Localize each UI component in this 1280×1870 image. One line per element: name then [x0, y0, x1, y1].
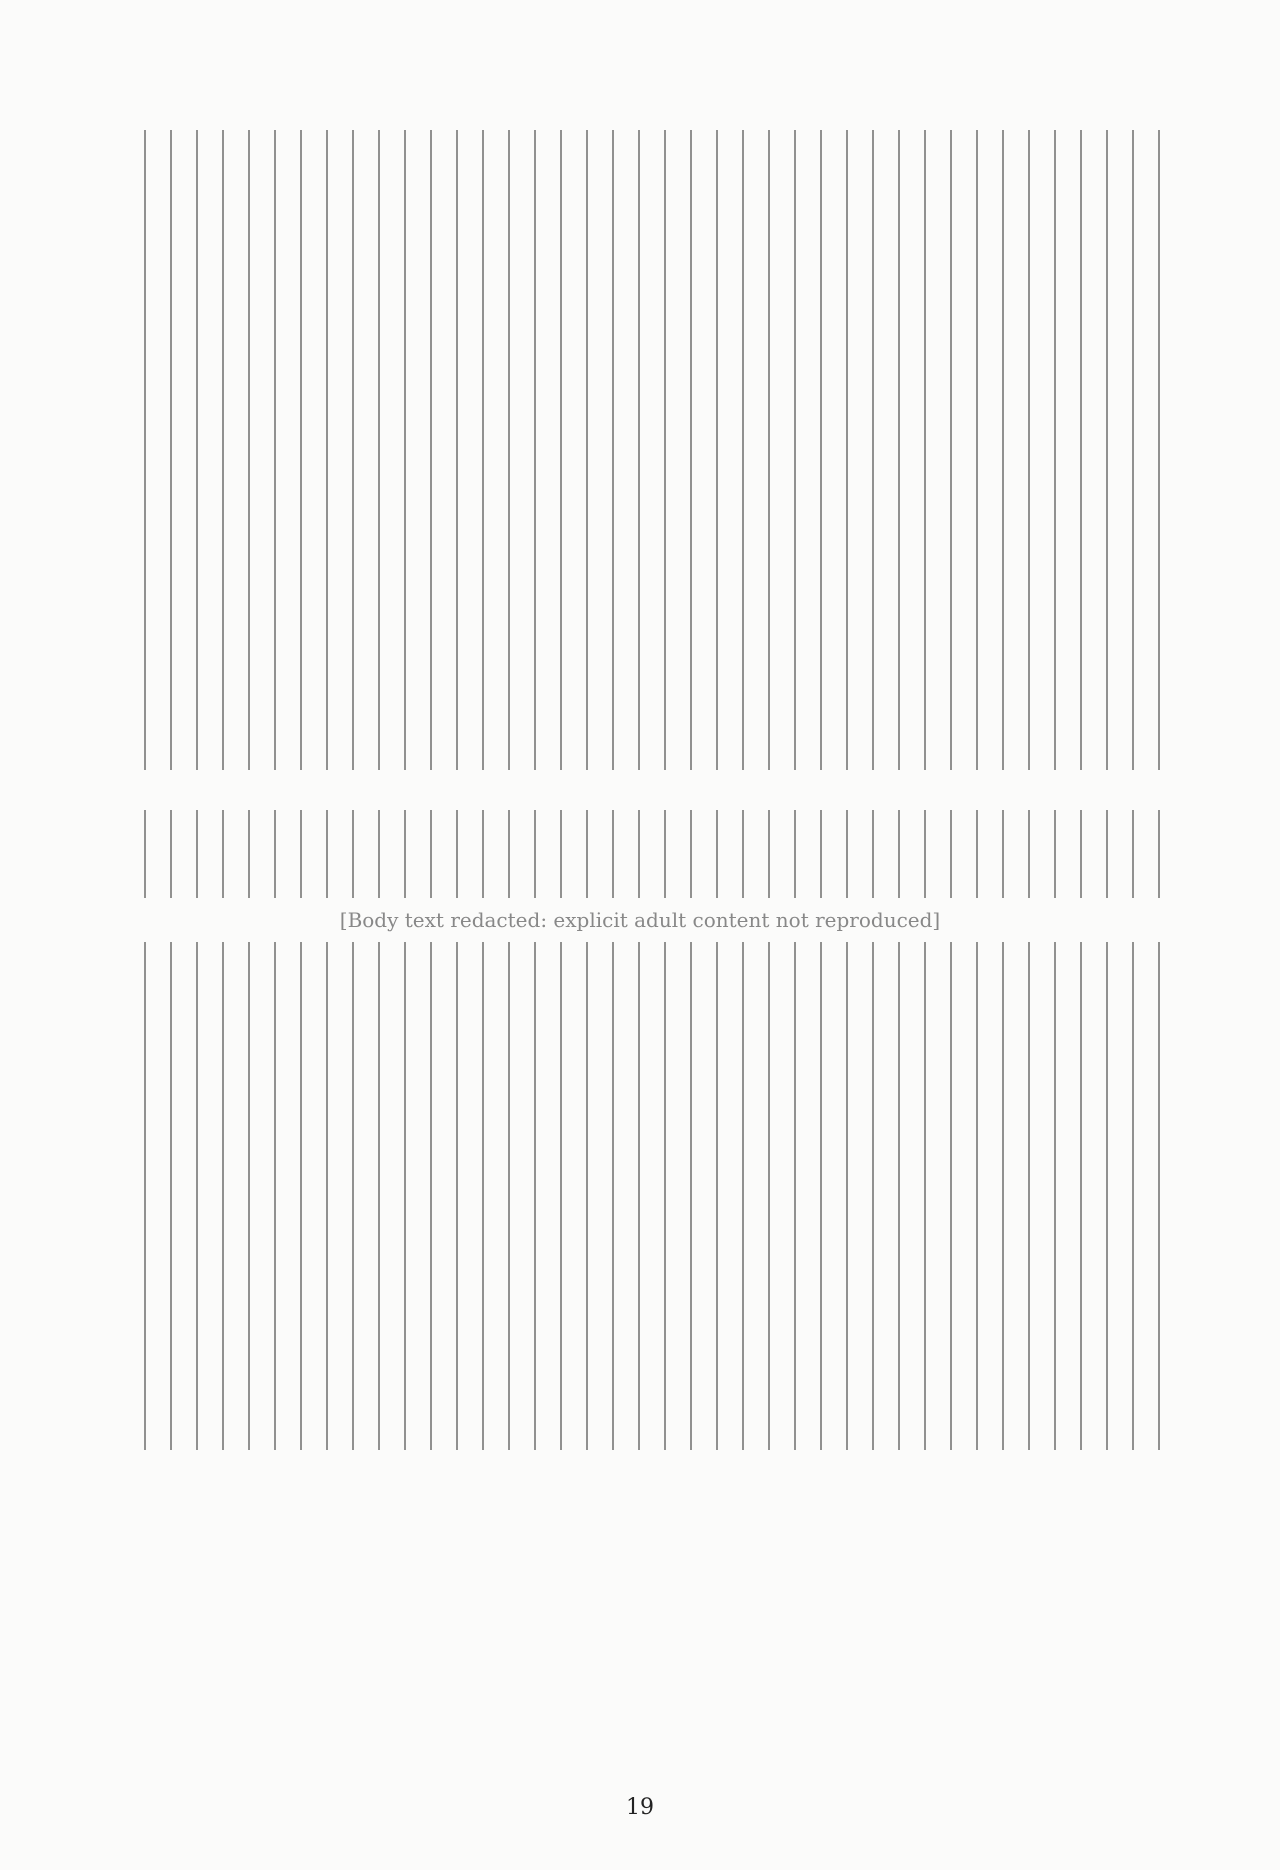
document-page: [Body text redacted: explicit adult cont…: [0, 0, 1280, 1870]
text-band-upper: [120, 130, 1160, 770]
redaction-note: [Body text redacted: explicit adult cont…: [0, 898, 1280, 942]
page-number: 19: [0, 1795, 1280, 1820]
